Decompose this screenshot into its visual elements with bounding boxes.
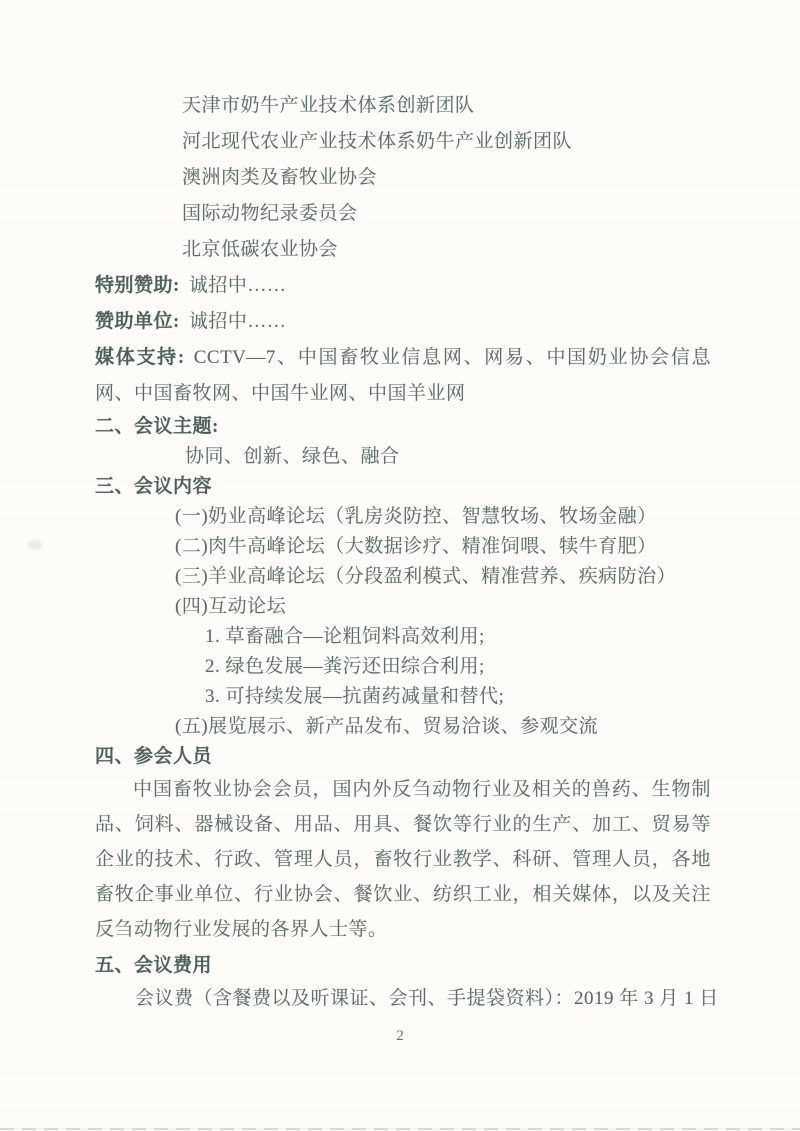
agenda-sub-item: 1. 草畜融合—论粗饲料高效利用; (205, 622, 711, 652)
sponsor-unit-label: 赞助单位: (95, 311, 180, 332)
agenda-sub-item: 2. 绿色发展—粪污还田综合利用; (205, 652, 711, 682)
sponsor-section: 特别赞助:诚招中…… 赞助单位:诚招中…… 媒体支持:CCTV—7、中国畜牧业信… (95, 268, 711, 412)
media-support-line: 媒体支持:CCTV—7、中国畜牧业信息网、网易、中国奶业协会信息网、中国畜牧网、… (95, 340, 711, 412)
special-sponsor-label: 特别赞助: (95, 275, 180, 296)
section2-heading: 二、会议主题: (95, 412, 711, 442)
agenda-sub-item: 3. 可持续发展—抗菌药减量和替代; (205, 682, 711, 712)
organizer-item: 澳洲肉类及畜牧业协会 (182, 160, 711, 196)
organizer-item: 国际动物纪录委员会 (182, 196, 711, 232)
sponsor-unit-line: 赞助单位:诚招中…… (95, 304, 711, 340)
attendees-paragraph: 中国畜牧业协会会员，国内外反刍动物行业及相关的兽药、生物制品、饲料、器械设备、用… (95, 772, 711, 947)
agenda-item: (五)展览展示、新产品发布、贸易洽谈、参观交流 (175, 712, 711, 742)
special-sponsor-line: 特别赞助:诚招中…… (95, 268, 711, 304)
section3-heading: 三、会议内容 (95, 472, 711, 502)
document-page: 天津市奶牛产业技术体系创新团队 河北现代农业产业技术体系奶牛产业创新团队 澳洲肉… (0, 0, 800, 1131)
media-support-label: 媒体支持: (95, 347, 185, 368)
agenda-item: (三)羊业高峰论坛（分段盈利模式、精准营养、疾病防治） (175, 562, 711, 592)
media-support-value: CCTV—7、中国畜牧业信息网、网易、中国奶业协会信息网、中国畜牧网、中国牛业网… (95, 347, 711, 404)
special-sponsor-value: 诚招中…… (189, 275, 287, 296)
meeting-theme: 协同、创新、绿色、融合 (185, 442, 711, 472)
agenda-item: (一)奶业高峰论坛（乳房炎防控、智慧牧场、牧场金融） (175, 502, 711, 532)
section4-heading: 四、参会人员 (95, 742, 711, 772)
scan-smudge-artifact (28, 540, 42, 550)
agenda-section: 二、会议主题: 协同、创新、绿色、融合 三、会议内容 (一)奶业高峰论坛（乳房炎… (95, 412, 711, 772)
organizer-list: 天津市奶牛产业技术体系创新团队 河北现代农业产业技术体系奶牛产业创新团队 澳洲肉… (95, 88, 711, 268)
fee-line: 会议费（含餐费以及听课证、会刊、手提袋资料）：2019 年 3 月 1 日 (135, 982, 711, 1015)
sponsor-unit-value: 诚招中…… (189, 311, 287, 332)
agenda-item: (四)互动论坛 (175, 592, 711, 622)
document-content: 天津市奶牛产业技术体系创新团队 河北现代农业产业技术体系奶牛产业创新团队 澳洲肉… (95, 88, 711, 1015)
page-number: 2 (0, 1028, 800, 1045)
agenda-item: (二)肉牛高峰论坛（大数据诊疗、精准饲喂、犊牛育肥） (175, 532, 711, 562)
section5-heading: 五、会议费用 (95, 949, 711, 982)
organizer-item: 天津市奶牛产业技术体系创新团队 (182, 88, 711, 124)
organizer-item: 河北现代农业产业技术体系奶牛产业创新团队 (182, 124, 711, 160)
organizer-item: 北京低碳农业协会 (182, 232, 711, 268)
scan-edge-artifact (0, 1128, 800, 1130)
